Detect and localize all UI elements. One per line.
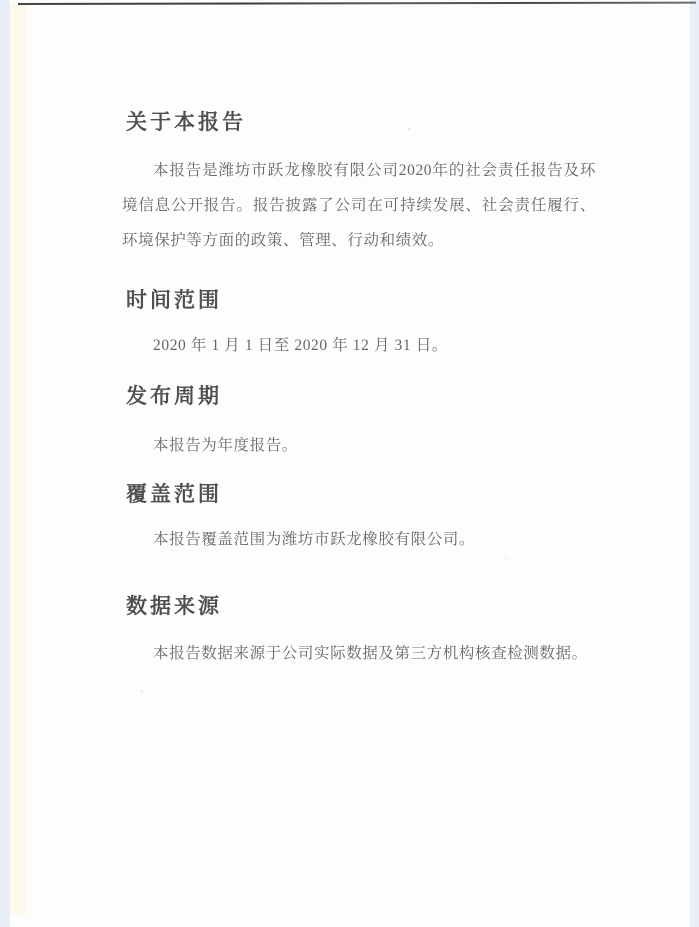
section-heading-publication-cycle: 发布周期 xyxy=(126,384,222,410)
scan-noise-speck xyxy=(408,128,411,130)
scan-margin-right xyxy=(690,0,699,927)
section-body-coverage-scope: 本报告覆盖范围为潍坊市跃龙橡胶有限公司。 xyxy=(122,529,475,551)
section-heading-time-range: 时间范围 xyxy=(126,288,222,314)
section-body-time-range: 2020 年 1 月 1 日至 2020 年 12 月 31 日。 xyxy=(122,335,448,357)
section-body-publication-cycle: 本报告为年度报告。 xyxy=(122,435,298,457)
page-edge-strip xyxy=(10,4,27,915)
section-heading-data-source: 数据来源 xyxy=(126,594,222,620)
scan-noise-speck xyxy=(505,557,508,559)
scanned-report-page: 关于本报告 本报告是潍坊市跃龙橡胶有限公司2020年的社会责任报告及环境信息公开… xyxy=(0,0,699,927)
scan-margin-left xyxy=(0,0,10,927)
scan-edge-line xyxy=(18,2,696,5)
scan-noise-speck xyxy=(140,690,143,692)
section-body-data-source: 本报告数据来源于公司实际数据及第三方机构核查检测数据。 xyxy=(122,643,588,665)
section-heading-about-report: 关于本报告 xyxy=(126,110,246,136)
section-body-about-report: 本报告是潍坊市跃龙橡胶有限公司2020年的社会责任报告及环境信息公开报告。报告披… xyxy=(122,153,596,258)
section-heading-coverage-scope: 覆盖范围 xyxy=(126,482,222,508)
